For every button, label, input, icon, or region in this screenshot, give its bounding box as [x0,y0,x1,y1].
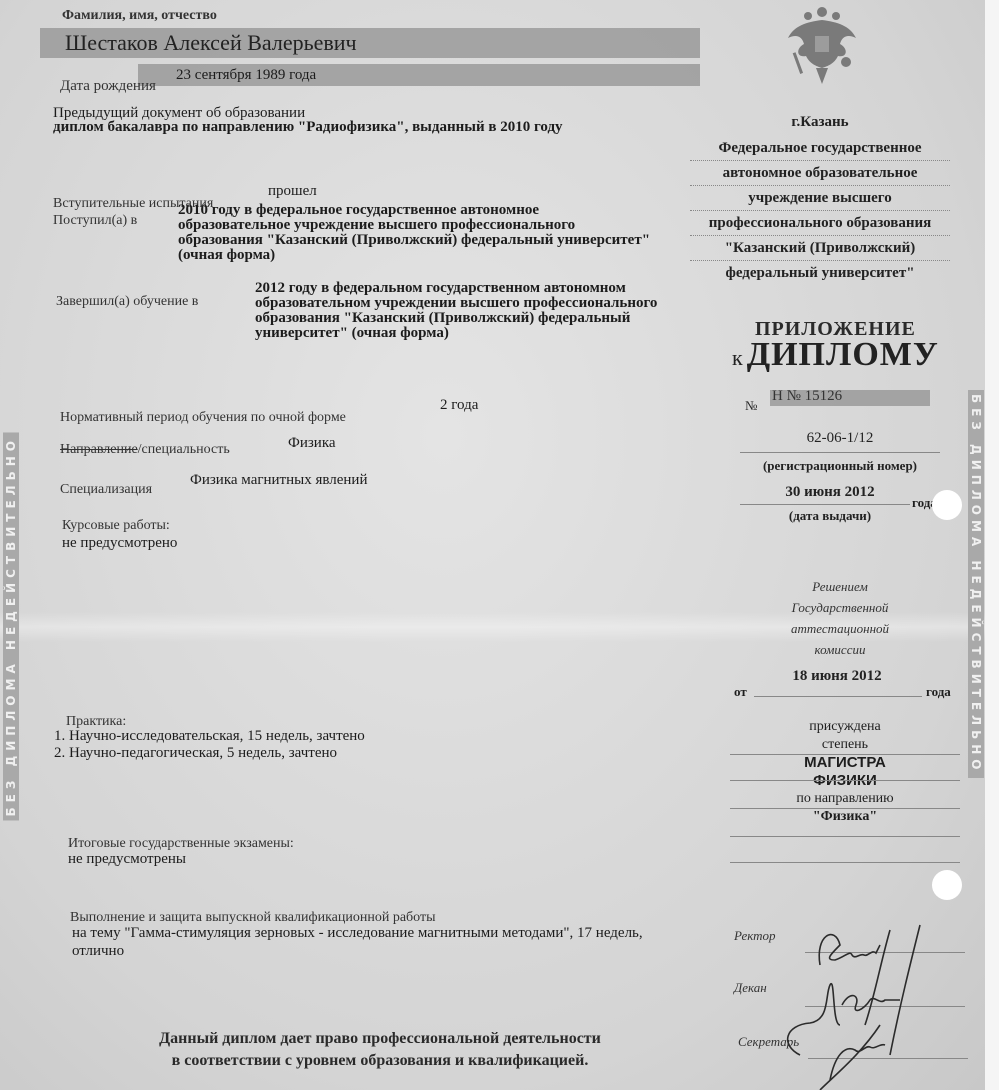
issue-date: 30 июня 2012 [740,484,920,501]
title-k: к [732,345,743,370]
rule-line [730,780,960,781]
scan-edge [985,0,999,1090]
practice-item: 1. Научно-исследовательская, 15 недель, … [54,728,365,745]
russian-coat-of-arms-icon [786,4,858,86]
institution-line: автономное образовательное [690,161,950,186]
footer-note: Данный диплом дает право профессионально… [100,1028,660,1072]
completed-block: 2012 году в федеральном государственном … [255,281,657,341]
rule-line [730,808,960,809]
reg-number: 62-06-1/12 [740,430,940,447]
decision-suffix: года [926,684,951,700]
completed-line: образовательном учреждении высшего профе… [255,296,657,311]
final-exams-value: не предусмотрены [68,852,186,867]
thesis-line: на тему "Гамма-стимуляция зерновых - исс… [72,924,643,942]
admitted-line: образовательное учреждение высшего профе… [178,218,650,233]
awarded-line: присуждена [730,718,960,736]
decision-date-line [754,696,922,697]
reg-number-line [740,452,940,453]
watermark-right: БЕЗ ДИПЛОМА НЕДЕЙСТВИТЕЛЬНО [968,390,984,778]
decision-line: комиссии [740,639,940,660]
punch-hole [932,490,962,520]
city: г.Казань [690,114,950,131]
practice-list: 1. Научно-исследовательская, 15 недель, … [54,728,365,762]
diploma-supplement-page: БЕЗ ДИПЛОМА НЕДЕЙСТВИТЕЛЬНО Фамилия, имя… [0,0,985,1090]
number-prefix: № [745,398,757,414]
coursework-label: Курсовые работы: [62,518,170,534]
decision-block: Решением Государственной аттестационной … [740,576,940,660]
rule-line [730,836,960,837]
decision-from: от [734,684,747,700]
awarded-line: степень [730,736,960,754]
final-exams-label: Итоговые государственные экзамены: [68,836,294,852]
degree-line: ФИЗИКИ [730,772,960,790]
admitted-block: 2010 году в федеральное государственное … [178,203,650,263]
title-diplomu: ДИПЛОМУ [747,336,939,373]
prev-doc-value: диплом бакалавра по направлению "Радиофи… [53,120,563,135]
specialization-value: Физика магнитных явлений [190,473,367,488]
completed-label: Завершил(а) обучение в [56,294,198,310]
reg-number-caption: (регистрационный номер) [740,458,940,474]
decision-line: аттестационной [740,618,940,639]
completed-line: образования "Казанский (Приволжский) фед… [255,311,657,326]
institution-block: Федеральное государственное автономное о… [690,136,950,285]
period-value: 2 года [440,398,478,413]
issue-date-caption: (дата выдачи) [740,508,920,524]
birth-label: Дата рождения [60,78,156,95]
institution-line: Федеральное государственное [690,136,950,161]
completed-line: 2012 году в федеральном государственном … [255,281,657,296]
diploma-number: Н № 15126 [772,388,842,405]
degree-direction: "Физика" [730,808,960,826]
decision-date: 18 июня 2012 [752,668,922,685]
direction-label: Направление/специальность [60,442,230,458]
practice-item: 2. Научно-педагогическая, 5 недель, зачт… [54,745,365,762]
period-label: Нормативный период обучения по очной фор… [60,410,346,426]
fio-value: Шестаков Алексей Валерьевич [65,30,357,56]
watermark-left: БЕЗ ДИПЛОМА НЕДЕЙСТВИТЕЛЬНО [3,432,19,820]
institution-line: федеральный университет" [690,261,950,285]
institution-line: профессионального образования [690,211,950,236]
decision-line: Решением [740,576,940,597]
awarded-block: присуждена степень МАГИСТРА ФИЗИКИ по на… [730,718,960,826]
completed-line: университет" (очная форма) [255,326,657,341]
entrance-value: прошел [268,184,317,199]
rule-line [730,754,960,755]
thesis-line: отлично [72,942,643,960]
admitted-line: (очная форма) [178,248,650,263]
handwritten-signatures [760,905,980,1090]
direction-label-struck: Направление [60,442,138,457]
institution-line: учреждение высшего [690,186,950,211]
issue-date-line [740,504,910,505]
footer-line: в соответствии с уровнем образования и к… [100,1050,660,1072]
direction-label-rest: /специальность [138,442,230,457]
coursework-value: не предусмотрено [62,536,177,551]
degree-line: МАГИСТРА [730,754,960,772]
rule-line [730,862,960,863]
birth-value: 23 сентября 1989 года [176,68,316,83]
fio-label: Фамилия, имя, отчество [62,8,217,24]
direction-prefix: по направлению [730,790,960,808]
direction-value: Физика [288,436,336,451]
footer-line: Данный диплом дает право профессионально… [100,1028,660,1050]
admitted-label: Поступил(а) в [53,213,137,229]
thesis-block: на тему "Гамма-стимуляция зерновых - исс… [72,924,643,960]
title-line2: к ДИПЛОМУ [732,336,939,374]
punch-hole [932,870,962,900]
admitted-line: 2010 году в федеральное государственное … [178,203,650,218]
institution-line: "Казанский (Приволжский) [690,236,950,261]
admitted-line: образования "Казанский (Приволжский) фед… [178,233,650,248]
specialization-label: Специализация [60,482,152,498]
decision-line: Государственной [740,597,940,618]
